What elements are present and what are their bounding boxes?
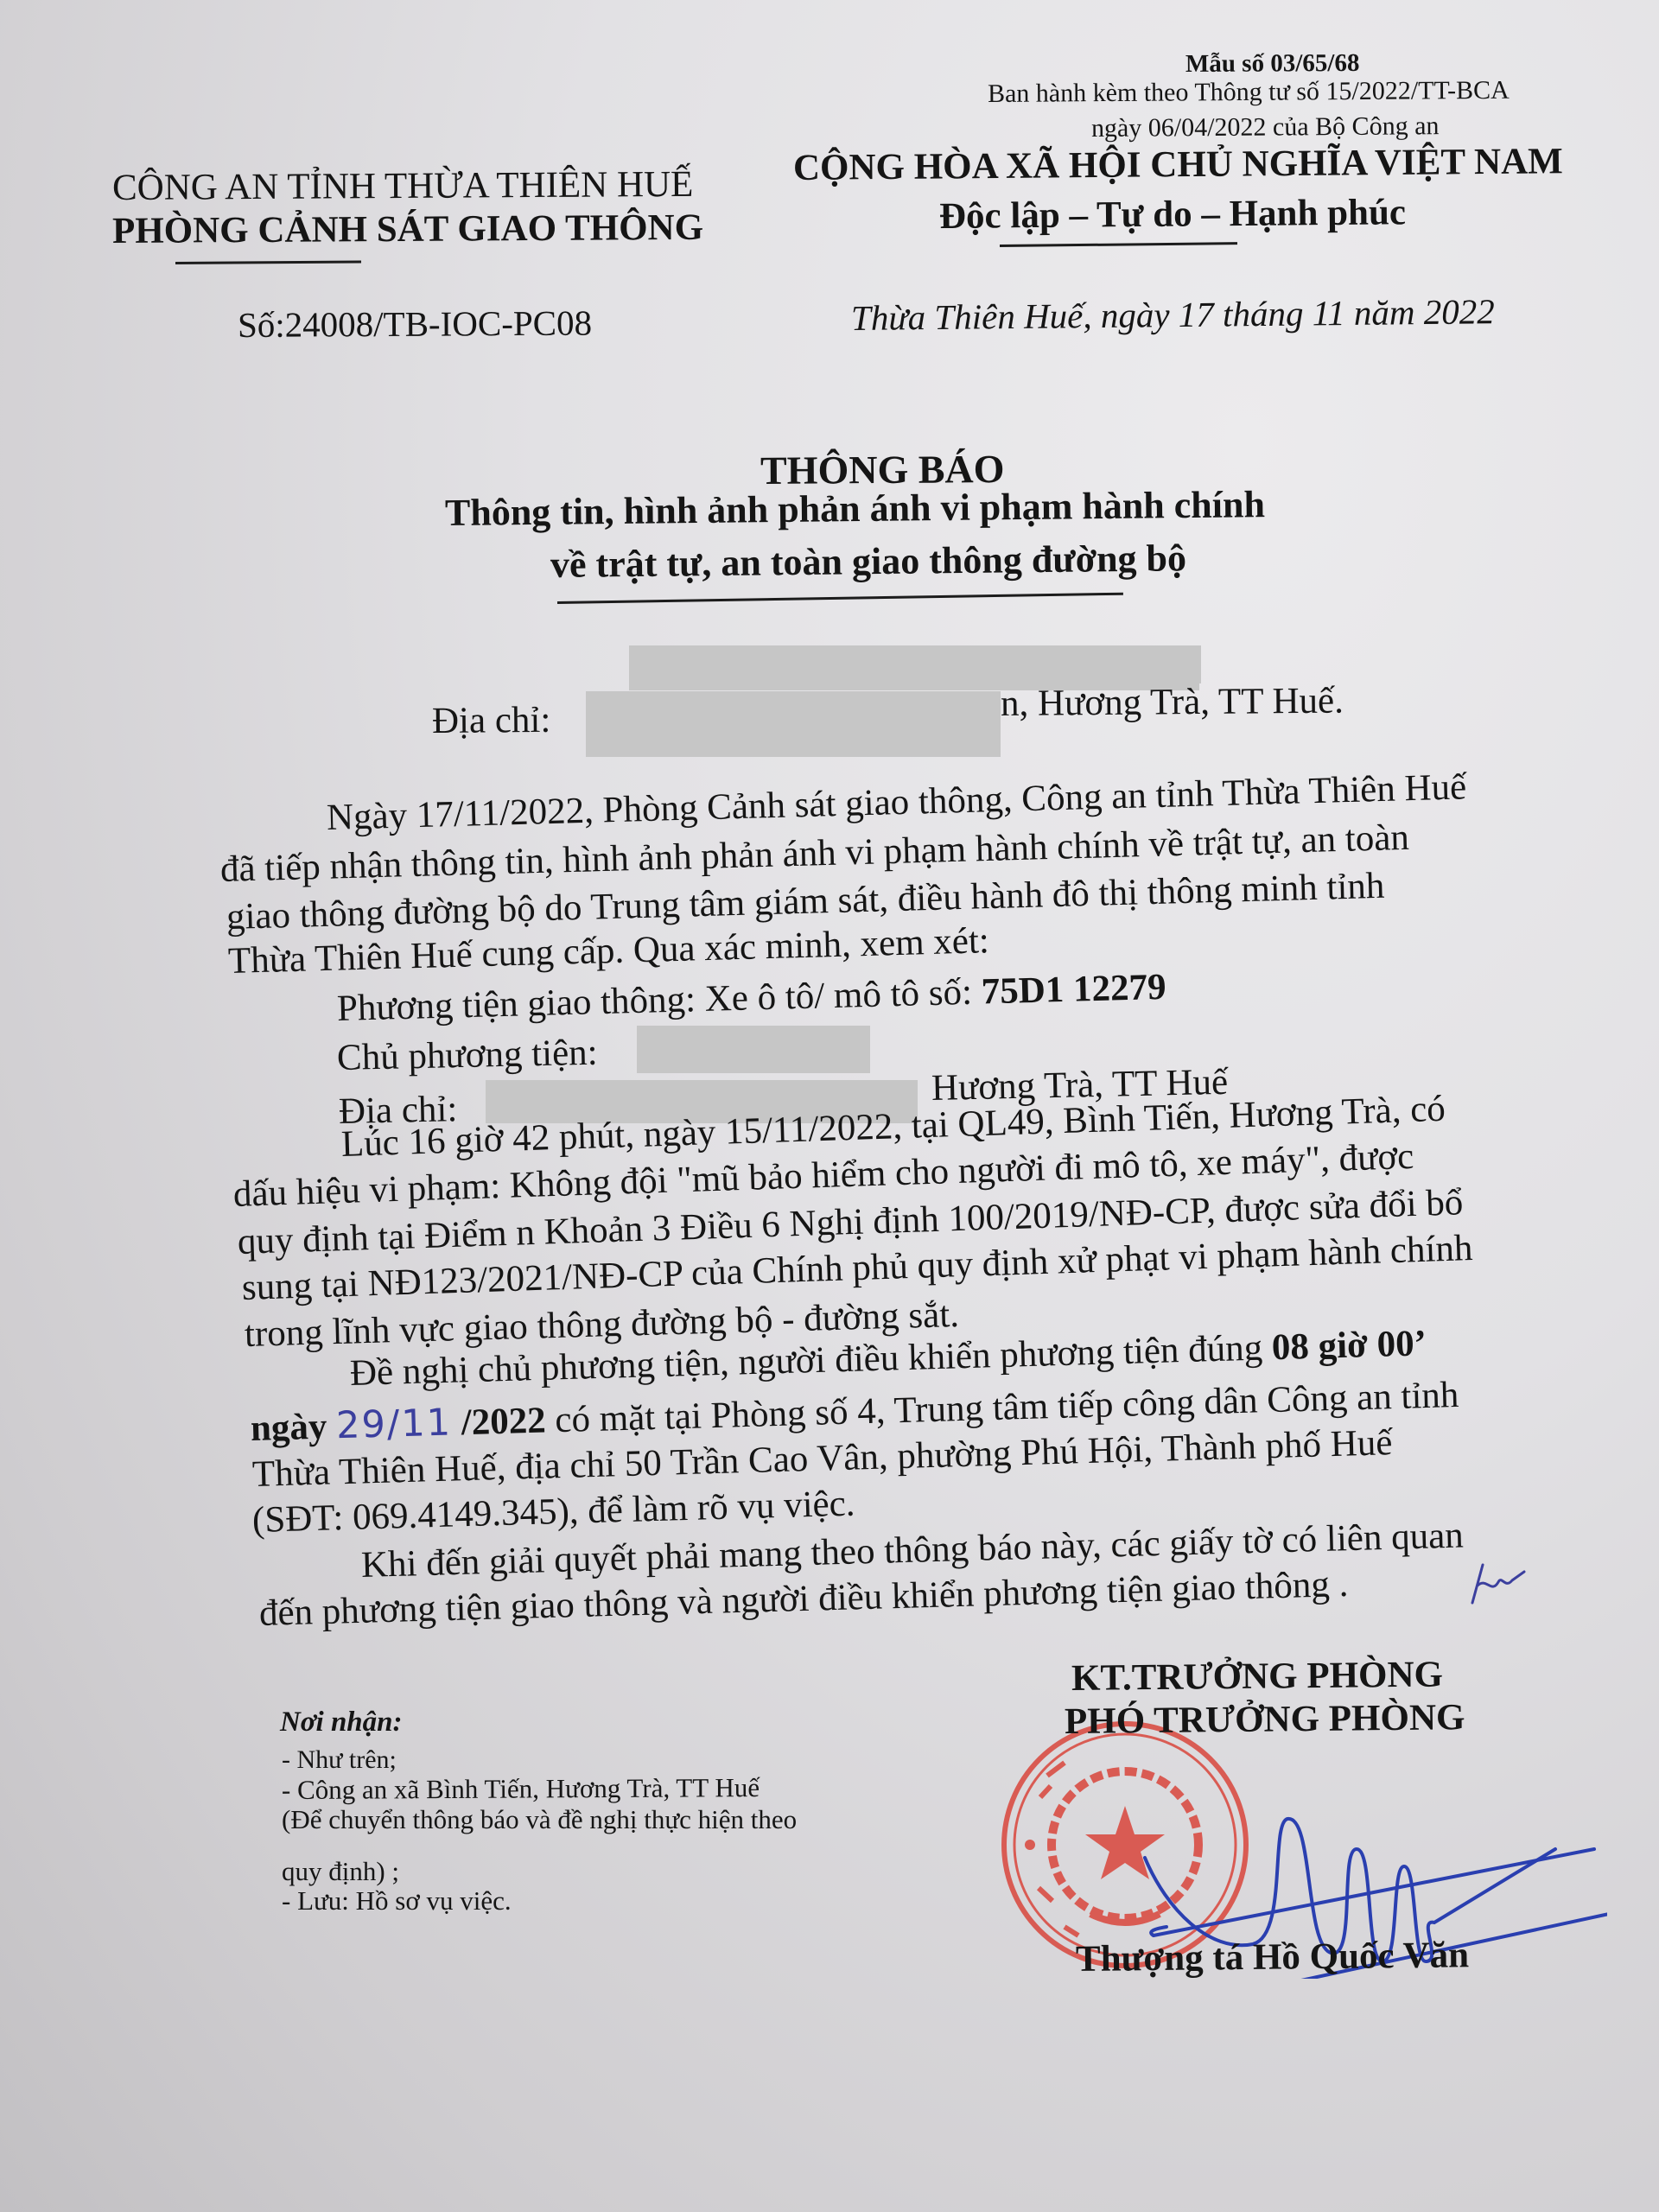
redacted-recipient-name-box bbox=[873, 645, 1201, 683]
agency-underline bbox=[175, 260, 361, 264]
national-motto: Độc lập – Tự do – Hạnh phúc bbox=[939, 191, 1406, 238]
form-number: Mẫu số 03/65/68 bbox=[1185, 49, 1360, 79]
document-subtitle-2: về trật tự, an toàn giao thông đường bộ bbox=[550, 536, 1187, 587]
redacted-owner-name bbox=[637, 1026, 870, 1073]
recipient-address-tail: n, Hương Trà, TT Huế. bbox=[1001, 680, 1344, 725]
recipients-item-3: (Để chuyển thông báo và đề nghị thực hiệ… bbox=[282, 1804, 797, 1835]
initial-mark-icon bbox=[1460, 1560, 1529, 1611]
appointment-handwritten-date: 29/11 bbox=[335, 1402, 452, 1448]
document-number: Số:24008/TB-IOC-PC08 bbox=[238, 302, 592, 346]
agency-parent: CÔNG AN TỈNH THỪA THIÊN HUẾ bbox=[112, 163, 694, 209]
motto-underline bbox=[1000, 242, 1237, 247]
recipient-address-label: Địa chỉ: bbox=[432, 699, 551, 742]
title-underline bbox=[557, 593, 1123, 604]
recipients-item-5: - Lưu: Hồ sơ vụ việc. bbox=[282, 1885, 512, 1916]
form-issued-date: ngày 06/04/2022 của Bộ Công an bbox=[1091, 111, 1440, 143]
recipients-item-1: - Như trên; bbox=[282, 1745, 397, 1775]
recipients-item-2: - Công an xã Bình Tiến, Hương Trà, TT Hu… bbox=[282, 1772, 760, 1806]
national-title: CỘNG HÒA XÃ HỘI CHỦ NGHĨA VIỆT NAM bbox=[793, 140, 1563, 189]
document-subtitle-1: Thông tin, hình ảnh phản ánh vi phạm hàn… bbox=[445, 482, 1265, 535]
recipients-item-4: quy định) ; bbox=[282, 1856, 399, 1887]
document-page: Mẫu số 03/65/68 Ban hành kèm theo Thông … bbox=[0, 0, 1659, 2212]
signature-underline-stroke bbox=[1141, 1840, 1607, 1944]
appointment-year: /2022 bbox=[461, 1400, 546, 1443]
signatory-name: Thượng tá Hồ Quốc Văn bbox=[1076, 1934, 1470, 1980]
place-date: Thừa Thiên Huế, ngày 17 tháng 11 năm 202… bbox=[851, 290, 1495, 339]
appointment-day-label: ngày bbox=[250, 1407, 327, 1449]
form-issued-with: Ban hành kèm theo Thông tư số 15/2022/TT… bbox=[988, 76, 1510, 109]
signature-line-2: PHÓ TRƯỞNG PHÒNG bbox=[1065, 1696, 1465, 1743]
recipients-heading: Nơi nhận: bbox=[280, 1707, 403, 1738]
signature-line-1: KT.TRƯỞNG PHÒNG bbox=[1071, 1653, 1443, 1700]
vehicle-plate: 75D1 12279 bbox=[981, 967, 1166, 1013]
vehicle-label: Phương tiện giao thông: Xe ô tô/ mô tô s… bbox=[336, 972, 972, 1029]
vehicle-owner-label: Chủ phương tiện: bbox=[336, 1032, 598, 1079]
appointment-time: 08 giờ 00’ bbox=[1271, 1323, 1427, 1368]
redacted-recipient-address bbox=[586, 691, 1001, 757]
agency-department: PHÒNG CẢNH SÁT GIAO THÔNG bbox=[112, 207, 703, 252]
